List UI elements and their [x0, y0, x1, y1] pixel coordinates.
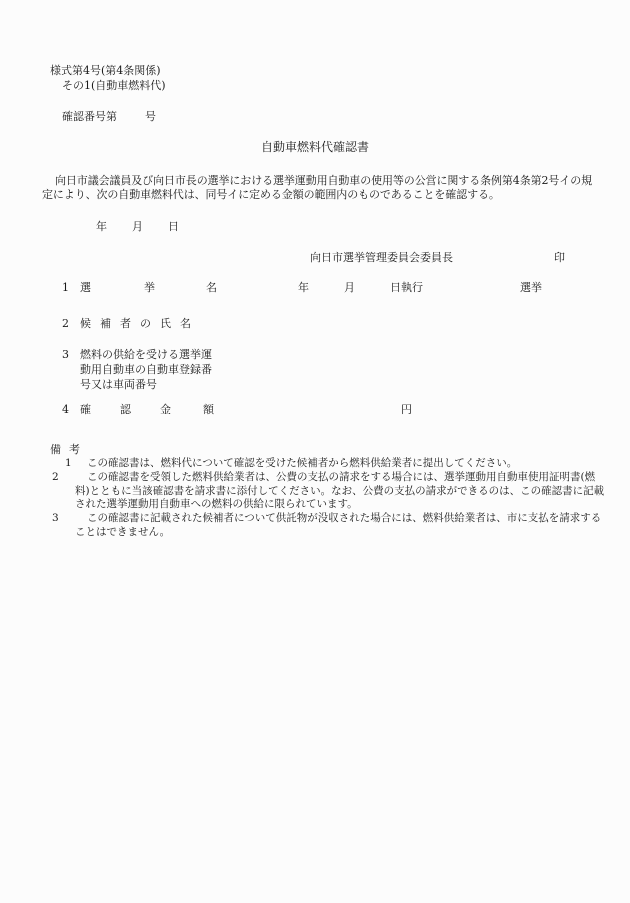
note-number: 3 [62, 512, 87, 526]
notes-title: 備考 [50, 443, 88, 457]
item-3-label-line: 動用自動車の自動車登録番 [80, 363, 212, 377]
item-2-number: 2 [62, 317, 69, 331]
note-item: 3この確認書に記載された候補者について供託物が没収された場合には、燃料供給業者は… [62, 512, 607, 539]
note-text: この確認書は、燃料代について確認を受けた候補者から燃料供給業者に提出してください… [87, 457, 517, 469]
item-3-number: 3 [62, 348, 69, 362]
item-4-label-part: 金 [160, 403, 171, 417]
note-number: 1 [62, 457, 87, 471]
body-paragraph: 向日市議会議員及び向日市長の選挙における選挙運動用自動車の使用等の公営に関する条… [42, 174, 594, 202]
item-1-day-held: 日執行 [390, 281, 423, 295]
item-4-label-part: 額 [203, 403, 214, 417]
form-subtitle: その1(自動車燃料代) [62, 79, 166, 93]
item-1-year: 年 [298, 281, 309, 295]
date-day-label: 日 [168, 220, 179, 234]
note-item: 1この確認書は、燃料代について確認を受けた候補者から燃料供給業者に提出してくださ… [62, 457, 594, 471]
item-2-label: 候補者の氏名 [80, 317, 200, 331]
note-text: この確認書に記載された候補者について供託物が没収された場合には、燃料供給業者は、… [75, 512, 601, 538]
item-3-label-line: 燃料の供給を受ける選挙運 [80, 348, 212, 362]
item-1-month: 月 [344, 281, 355, 295]
signer-title: 向日市選挙管理委員会委員長 [310, 251, 453, 265]
item-3-label-line: 号又は車両番号 [80, 378, 157, 392]
form-number: 様式第4号(第4条関係) [50, 64, 161, 78]
confirm-number-label: 確認番号第 [62, 110, 117, 124]
date-month-label: 月 [132, 220, 143, 234]
note-item: 2この確認書を受領した燃料供給業者は、公費の支払の請求をする場合には、選挙運動用… [62, 471, 607, 512]
item-1-number: 1 [62, 281, 69, 295]
date-year-label: 年 [96, 220, 107, 234]
document-title: 自動車燃料代確認書 [0, 140, 630, 154]
item-4-label-part: 確 [80, 403, 91, 417]
note-text: この確認書を受領した燃料供給業者は、公費の支払の請求をする場合には、選挙運動用自… [75, 471, 604, 510]
item-1-election-suffix: 選挙 [520, 281, 542, 295]
item-4-number: 4 [62, 403, 69, 417]
seal-mark: 印 [554, 251, 565, 265]
item-4-yen-unit: 円 [401, 403, 412, 417]
item-1-label-part: 名 [206, 281, 217, 295]
item-1-label-part: 挙 [144, 281, 155, 295]
item-1-label-part: 選 [80, 281, 91, 295]
note-number: 2 [62, 471, 87, 485]
item-4-label-part: 認 [120, 403, 131, 417]
confirm-number-suffix: 号 [145, 110, 156, 124]
